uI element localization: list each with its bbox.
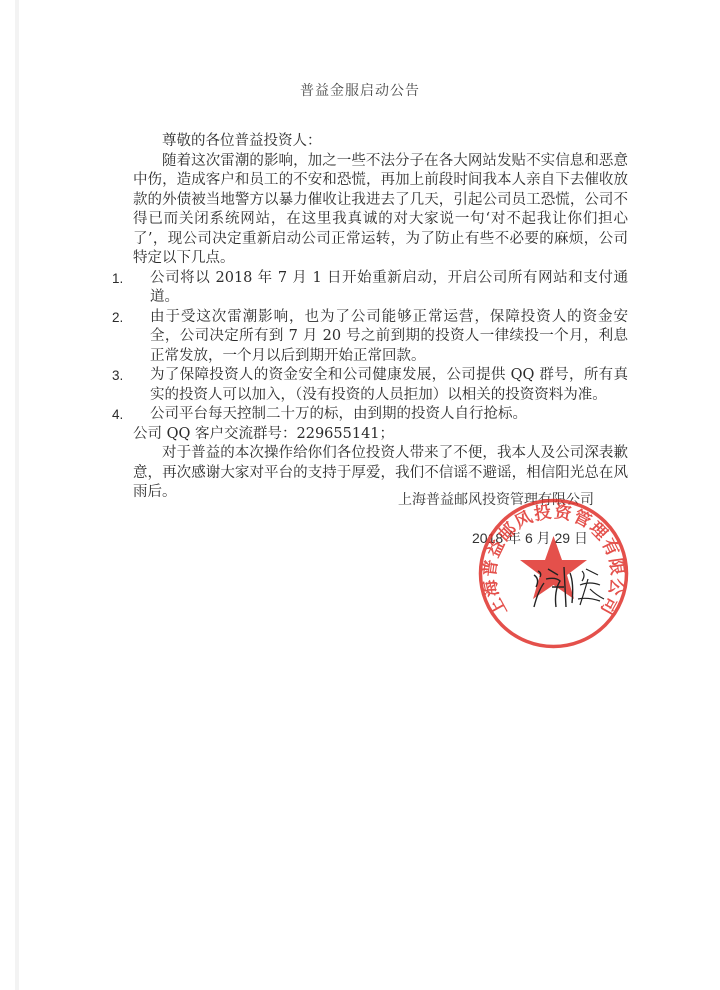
scan-edge <box>15 0 19 990</box>
list-number: 3. <box>112 366 123 386</box>
list-text: 公司平台每天控制二十万的标，由到期的投资人自行抢标。 <box>150 405 628 425</box>
list-text: 由于受这次雷潮影响，也为了公司能够正常运营，保障投资人的资金安全，公司决定所有到… <box>150 308 628 367</box>
handwritten-signature-icon <box>530 565 610 615</box>
numbered-list: 1. 公司将以 2018 年 7 月 1 日开始重新启动，开启公司所有网站和支付… <box>133 269 628 425</box>
list-number: 4. <box>112 405 123 425</box>
document-body: 尊敬的各位普益投资人： 随着这次雷潮的影响，加之一些不法分子在各大网站发贴不实信… <box>133 132 628 503</box>
list-text: 公司将以 2018 年 7 月 1 日开始重新启动，开启公司所有网站和支付通道。 <box>150 269 628 308</box>
list-number: 1. <box>112 269 123 289</box>
intro-paragraph: 随着这次雷潮的影响，加之一些不法分子在各大网站发贴不实信息和恶意中伤，造成客户和… <box>133 152 628 269</box>
list-item: 3. 为了保障投资人的资金安全和公司健康发展，公司提供 QQ 群号，所有真实的投… <box>116 366 628 405</box>
document-title: 普益金服启动公告 <box>0 80 720 100</box>
qq-group-line: 公司 QQ 客户交流群号：229655141； <box>133 425 628 445</box>
list-item: 2. 由于受这次雷潮影响，也为了公司能够正常运营，保障投资人的资金安全，公司决定… <box>116 308 628 367</box>
list-item: 4. 公司平台每天控制二十万的标，由到期的投资人自行抢标。 <box>116 405 628 425</box>
list-text: 为了保障投资人的资金安全和公司健康发展，公司提供 QQ 群号，所有真实的投资人可… <box>150 366 628 405</box>
salutation: 尊敬的各位普益投资人： <box>133 132 628 152</box>
list-item: 1. 公司将以 2018 年 7 月 1 日开始重新启动，开启公司所有网站和支付… <box>116 269 628 308</box>
list-number: 2. <box>112 308 123 328</box>
